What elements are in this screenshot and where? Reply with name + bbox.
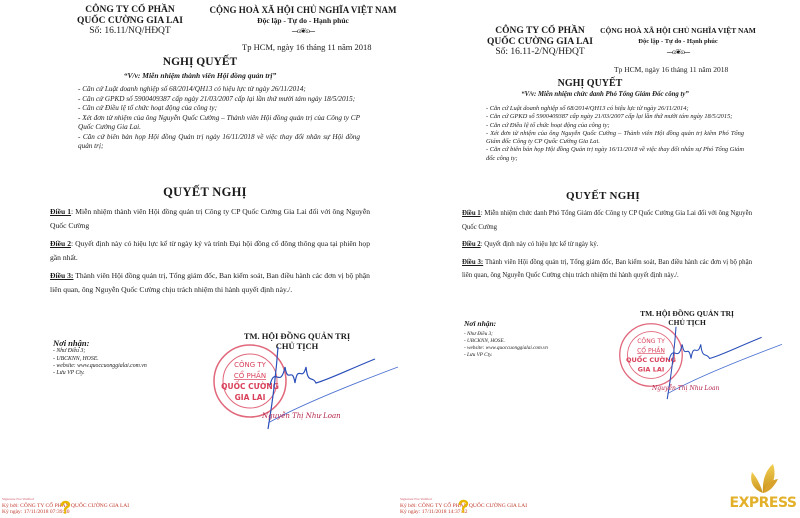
article-1: Điều 1: Miễn nhiệm chức danh Phó Tổng Gi… <box>462 207 752 234</box>
legal-basis: - Căn cứ GPKD số 5900409387 cấp ngày 21/… <box>50 95 360 105</box>
resolution-page-2: CÔNG TY CỔ PHẦN QUỐC CƯỜNG GIA LAI Số: 1… <box>400 0 800 518</box>
ornament-divider: ----ɷ❦ɷ---- <box>598 47 758 58</box>
recipients-block: Nơi nhận: - Như Điều 3; - UBCKNN, HOSE. … <box>464 320 604 359</box>
legal-bases: - Căn cứ Luật doanh nghiệp số 68/2014/QH… <box>462 105 744 163</box>
company-name-line2: QUỐC CƯỜNG GIA LAI <box>480 37 600 48</box>
legal-basis: - Căn cứ Điều lệ tổ chức hoạt động của c… <box>462 122 744 130</box>
article-1: Điều 1: Miễn nhiệm thành viên Hội đồng q… <box>50 205 370 233</box>
articles: Điều 1: Miễn nhiệm thành viên Hội đồng q… <box>50 205 370 301</box>
republic-title: CỘNG HOÀ XÃ HỘI CHỦ NGHĨA VIỆT NAM <box>598 26 758 37</box>
leaf-logo-icon <box>746 462 780 494</box>
article-label: Điều 3: <box>462 259 483 266</box>
express-logo: EXPRESS <box>728 462 798 514</box>
article-text: Quyết định này có hiệu lực kể từ ngày ký… <box>484 241 598 248</box>
decision-heading: QUYẾT NGHỊ <box>462 190 744 202</box>
article-text: Thành viên Hội đồng quản trị, Tổng giám … <box>50 271 370 294</box>
recipient: - website: www.quoccuonggialai.com.vn <box>53 363 193 370</box>
company-header: CÔNG TY CỔ PHẦN QUỐC CƯỜNG GIA LAI Số: 1… <box>480 26 600 58</box>
legal-basis: - Căn cứ biên bản họp Hội đồng Quản trị … <box>462 146 744 163</box>
recipient: - Như Điều 3; <box>53 348 193 355</box>
recipient: - Lưu VP Cty. <box>53 370 193 377</box>
article-2: Điều 2: Quyết định này có hiệu lực kể từ… <box>462 238 752 252</box>
watermark-text: EXPRESS <box>728 495 798 511</box>
article-label: Điều 1 <box>462 210 481 217</box>
document-number: Số: 16.11/NQ/HĐQT <box>70 26 190 37</box>
national-motto: Độc lập - Tự do - Hạnh phúc <box>598 37 758 48</box>
national-header: CỘNG HOÀ XÃ HỘI CHỦ NGHĨA VIỆT NAM Độc l… <box>598 26 758 58</box>
article-3: Điều 3: Thành viên Hội đồng quản trị, Tổ… <box>50 269 370 297</box>
document-title: NGHỊ QUYẾT <box>460 78 720 89</box>
national-header: CỘNG HOÀ XÃ HỘI CHỦ NGHĨA VIỆT NAM Độc l… <box>208 5 398 37</box>
company-name-line1: CÔNG TY CỔ PHẦN <box>480 26 600 37</box>
legal-bases: - Căn cứ Luật doanh nghiệp số 68/2014/QH… <box>50 85 360 152</box>
document-title: NGHỊ QUYẾT <box>50 56 350 68</box>
recipient: - Như Điều 3; <box>464 331 604 338</box>
document-number: Số: 16.11-2/NQ/HĐQT <box>480 47 600 58</box>
article-text: Thành viên Hội đồng quản trị, Tổng giám … <box>462 259 752 280</box>
recipient: - website: www.quoccuonggialai.com.vn <box>464 345 604 352</box>
article-text: Miễn nhiệm chức danh Phó Tổng Giám đốc C… <box>462 210 752 231</box>
recipient: - UBCKNN, HOSE. <box>464 338 604 345</box>
articles: Điều 1: Miễn nhiệm chức danh Phó Tổng Gi… <box>462 207 752 287</box>
recipients-heading: Nơi nhận: <box>464 320 604 327</box>
recipients-heading: Nơi nhận: <box>53 340 193 347</box>
digital-signature-info: Signature Not Verified Ký bởi: CÔNG TY C… <box>400 496 600 516</box>
company-name-line1: CÔNG TY CỔ PHẦN <box>70 5 190 16</box>
legal-basis: - Xét đơn từ nhiệm của ông Nguyễn Quốc C… <box>462 130 744 147</box>
company-header: CÔNG TY CỔ PHẦN QUỐC CƯỜNG GIA LAI Số: 1… <box>70 5 190 37</box>
article-label: Điều 2 <box>462 241 481 248</box>
legal-basis: - Căn cứ GPKD số 5900409387 cấp ngày 21/… <box>462 113 744 121</box>
document-subject: “V/v: Miễn nhiệm chức danh Phó Tổng Giám… <box>460 91 750 98</box>
recipient: - UBCKNN, HOSE. <box>53 356 193 363</box>
digital-signature-info: Signature Not Verified Ký bởi: CÔNG TY C… <box>2 496 202 516</box>
republic-title: CỘNG HOÀ XÃ HỘI CHỦ NGHĨA VIỆT NAM <box>208 5 398 16</box>
national-motto: Độc lập - Tự do - Hạnh phúc <box>208 16 398 27</box>
article-label: Điều 1 <box>50 207 71 216</box>
document-subject: “V/v: Miễn nhiệm thành viên Hội đồng quả… <box>50 71 350 80</box>
legal-basis: - Xét đơn từ nhiệm của ông Nguyễn Quốc C… <box>50 114 360 133</box>
company-name-line2: QUỐC CƯỜNG GIA LAI <box>70 16 190 27</box>
recipient: - Lưu VP Cty. <box>464 352 604 359</box>
signature-unverified-icon[interactable] <box>59 500 71 514</box>
signer-name: Nguyễn Thị Như Loan <box>262 412 341 420</box>
article-label: Điều 3: <box>50 271 73 280</box>
legal-basis: - Căn cứ Luật doanh nghiệp số 68/2014/QH… <box>50 85 360 95</box>
article-label: Điều 2 <box>50 239 71 248</box>
legal-basis: - Căn cứ Luật doanh nghiệp số 68/2014/QH… <box>462 105 744 113</box>
decision-heading: QUYẾT NGHỊ <box>50 185 360 200</box>
article-2: Điều 2: Quyết định này có hiệu lực kể từ… <box>50 237 370 265</box>
legal-basis: - Căn cứ Điều lệ tổ chức hoạt động của c… <box>50 104 360 114</box>
recipients-block: Nơi nhận: - Như Điều 3; - UBCKNN, HOSE. … <box>53 340 193 377</box>
document-date: Tp HCM, ngày 16 tháng 11 năm 2018 <box>614 65 728 74</box>
signed-date: Ký ngày: 17/11/2018 14:37:42 <box>400 509 600 516</box>
signed-date: Ký ngày: 17/11/2018 07:39:40 <box>2 509 202 516</box>
article-text: Miễn nhiệm thành viên Hội đồng quản trị … <box>50 207 370 230</box>
signature-unverified-icon[interactable] <box>457 499 469 513</box>
ornament-divider: ----ɷ❦ɷ---- <box>208 26 398 37</box>
legal-basis: - Căn cứ biên bản họp Hội đồng Quản trị … <box>50 133 360 152</box>
article-3: Điều 3: Thành viên Hội đồng quản trị, Tổ… <box>462 256 752 283</box>
article-text: Quyết định này có hiệu lực kể từ ngày ký… <box>50 239 370 262</box>
board-title: TM. HỘI ĐỒNG QUẢN TRỊ <box>232 331 362 341</box>
document-date: Tp HCM, ngày 16 tháng 11 năm 2018 <box>242 42 372 52</box>
resolution-page-1: CÔNG TY CỔ PHẦN QUỐC CƯỜNG GIA LAI Số: 1… <box>0 0 400 518</box>
signer-name: Nguyễn Thị Như Loan <box>652 385 719 392</box>
